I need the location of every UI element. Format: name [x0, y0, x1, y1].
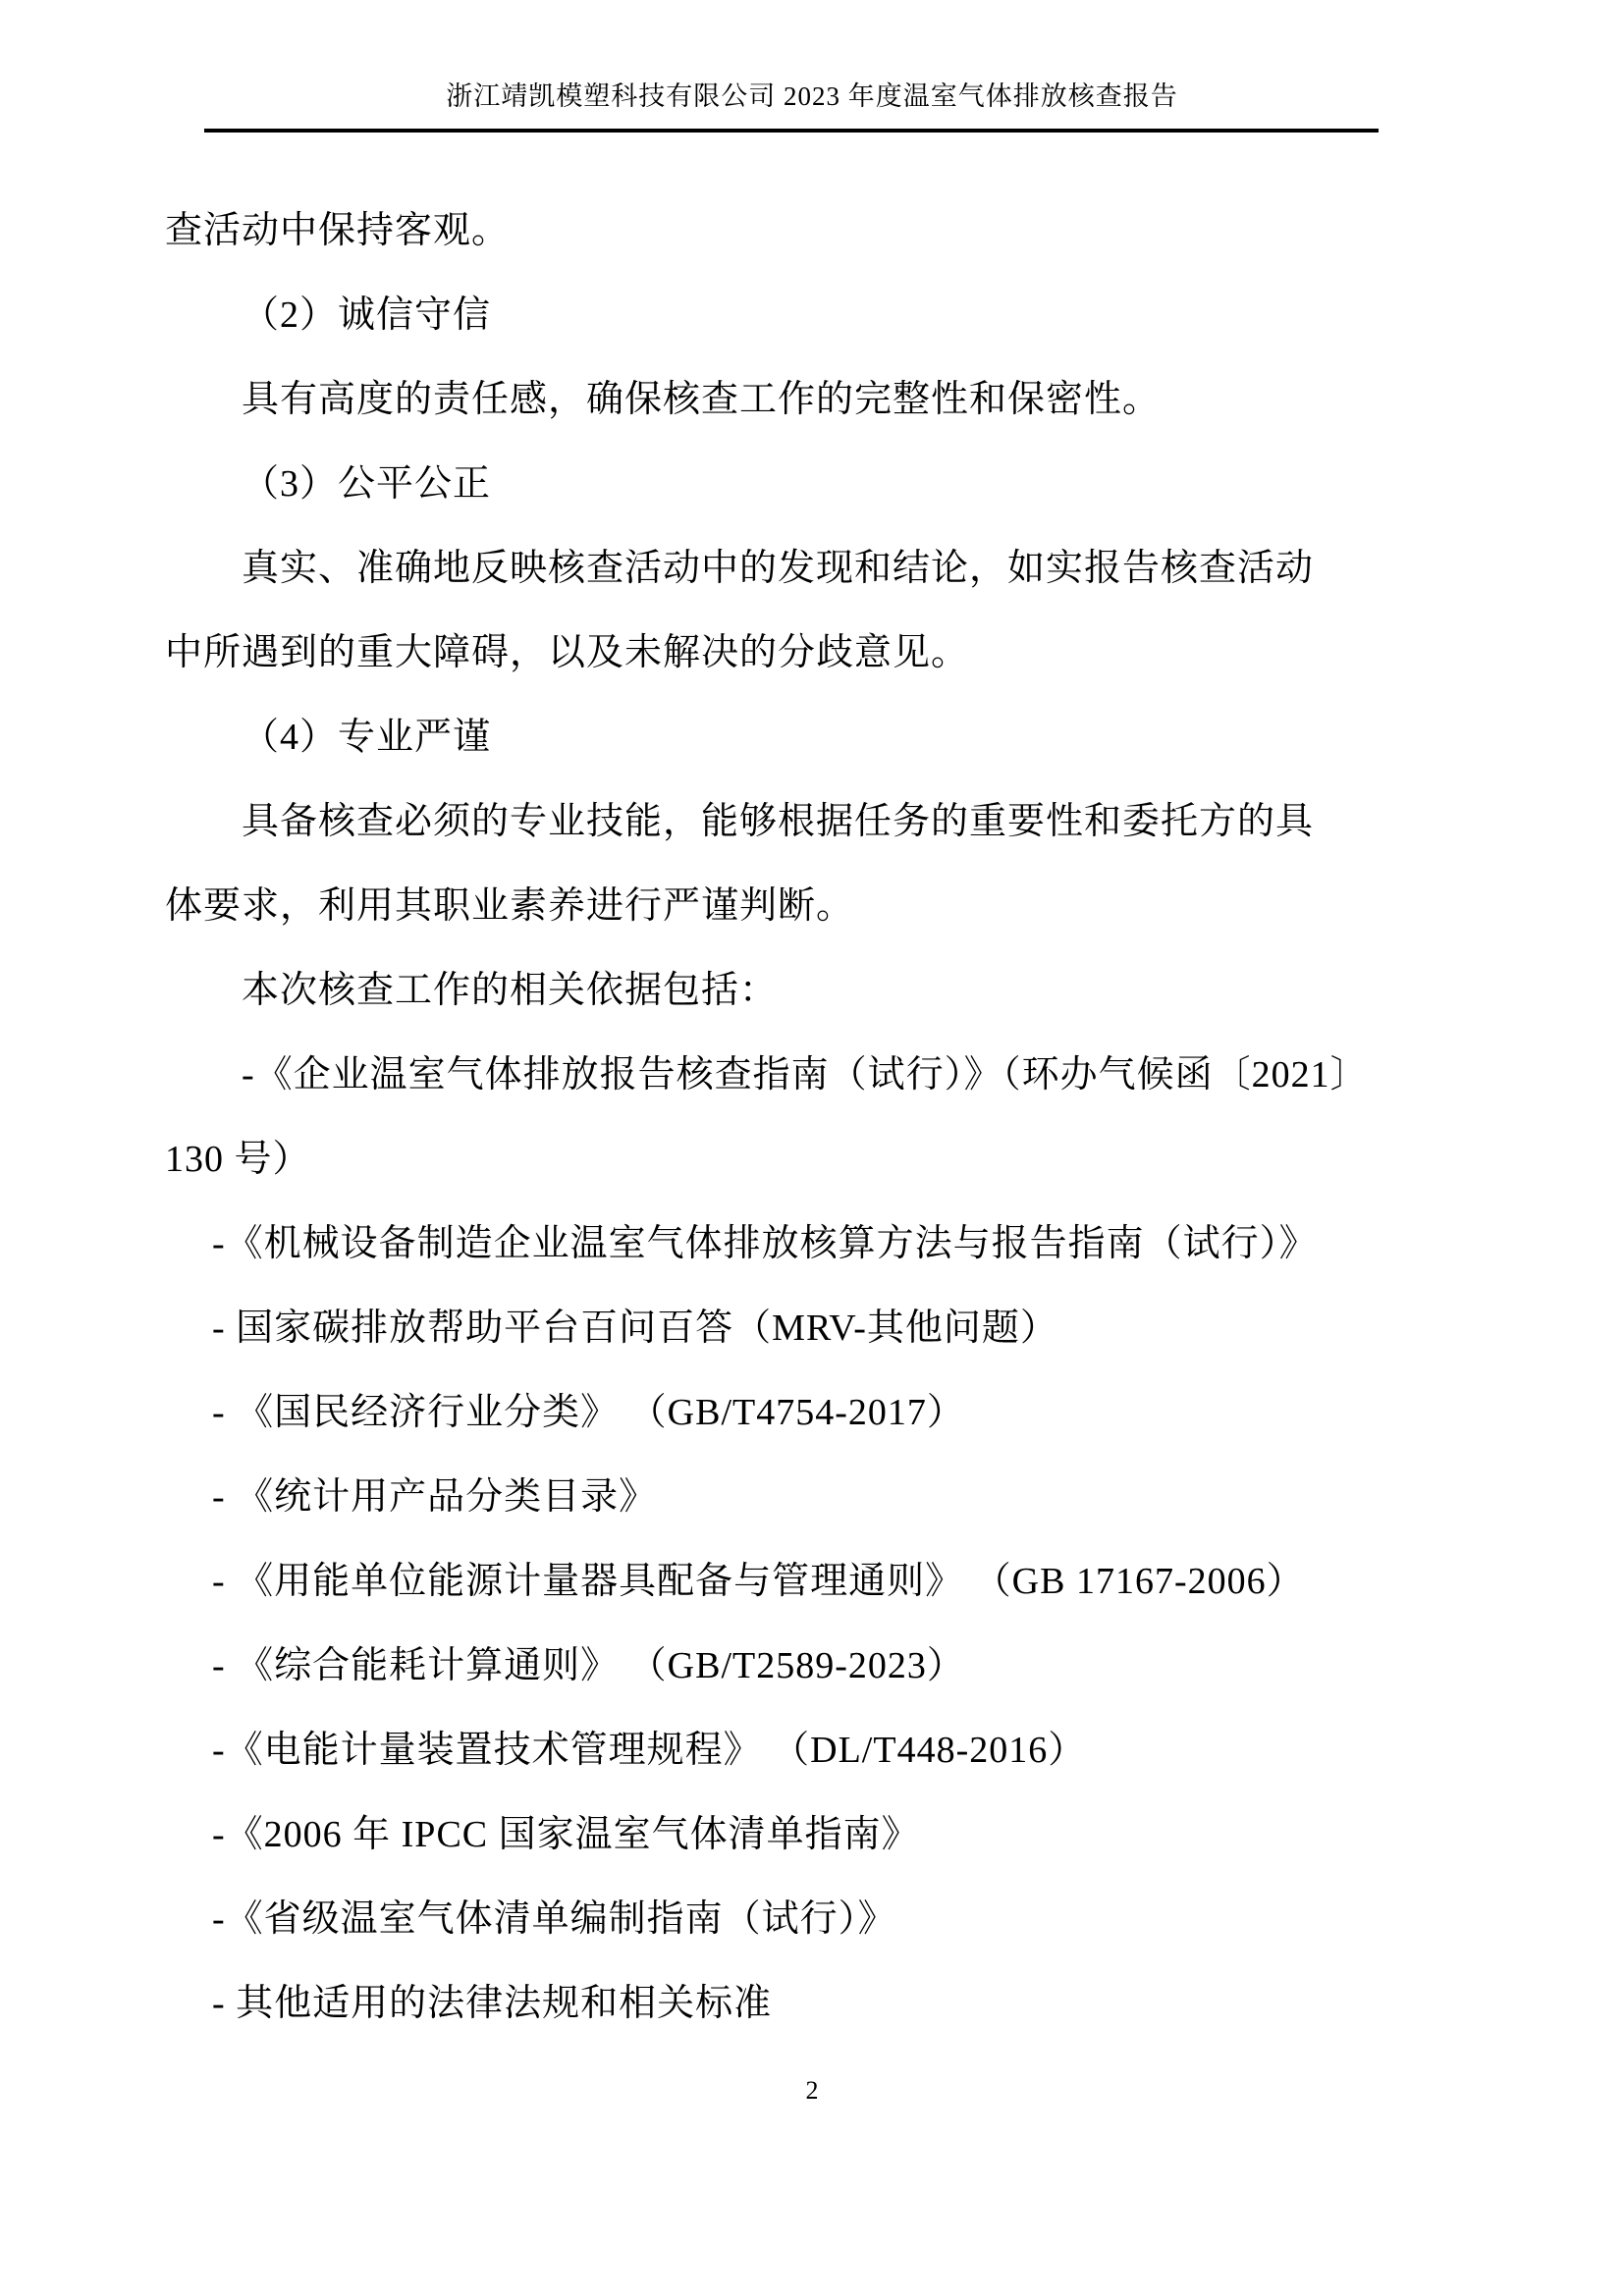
body-line: 本次核查工作的相关依据包括：	[165, 943, 1506, 1028]
body-line reference-item: - 《统计用产品分类目录》	[165, 1450, 1506, 1534]
body-line: 具备核查必须的专业技能，能够根据任务的重要性和委托方的具	[165, 774, 1506, 859]
header-rule	[204, 129, 1379, 133]
body-line: 具有高度的责任感，确保核查工作的完整性和保密性。	[165, 352, 1506, 437]
body-line: 查活动中保持客观。	[165, 184, 1506, 268]
body-line reference-item: - 《综合能耗计算通则》 （GB/T2589-2023）	[165, 1619, 1506, 1703]
page-number: 2	[806, 2076, 819, 2105]
body-line: （2）诚信守信	[165, 268, 1506, 352]
body-line reference-item: - 《用能单位能源计量器具配备与管理通则》 （GB 17167-2006）	[165, 1534, 1506, 1619]
body-line reference-item: -《企业温室气体排放报告核查指南（试行）》（环办气候函〔2021〕	[165, 1028, 1506, 1112]
body-line reference-item: -《机械设备制造企业温室气体排放核算方法与报告指南（试行）》	[165, 1197, 1506, 1281]
document-body: 查活动中保持客观。 （2）诚信守信 具有高度的责任感，确保核查工作的完整性和保密…	[165, 184, 1506, 2041]
body-line reference-item: -《2006 年 IPCC 国家温室气体清单指南》	[165, 1788, 1506, 1872]
body-line: （3）公平公正	[165, 437, 1506, 521]
body-line: 真实、准确地反映核查活动中的发现和结论，如实报告核查活动	[165, 521, 1506, 606]
body-line: （4）专业严谨	[165, 690, 1506, 774]
body-line reference-item: -《省级温室气体清单编制指南（试行）》	[165, 1872, 1506, 1956]
header-title: 浙江靖凯模塑科技有限公司 2023 年度温室气体排放核查报告	[0, 75, 1624, 113]
body-line reference-item: -《电能计量装置技术管理规程》 （DL/T448-2016）	[165, 1703, 1506, 1788]
document-page: 浙江靖凯模塑科技有限公司 2023 年度温室气体排放核查报告 查活动中保持客观。…	[0, 0, 1624, 2296]
page-footer: 2	[0, 2076, 1624, 2106]
body-line: 中所遇到的重大障碍，以及未解决的分歧意见。	[165, 606, 1506, 690]
body-line reference-item: - 其他适用的法律法规和相关标准	[165, 1956, 1506, 2041]
body-line reference-item: - 《国民经济行业分类》 （GB/T4754-2017）	[165, 1365, 1506, 1450]
body-line reference-item-continuation: 130 号）	[165, 1112, 1506, 1197]
body-line: 体要求，利用其职业素养进行严谨判断。	[165, 859, 1506, 943]
body-line reference-item: - 国家碳排放帮助平台百问百答（MRV-其他问题）	[165, 1281, 1506, 1365]
page-header: 浙江靖凯模塑科技有限公司 2023 年度温室气体排放核查报告	[0, 0, 1624, 133]
